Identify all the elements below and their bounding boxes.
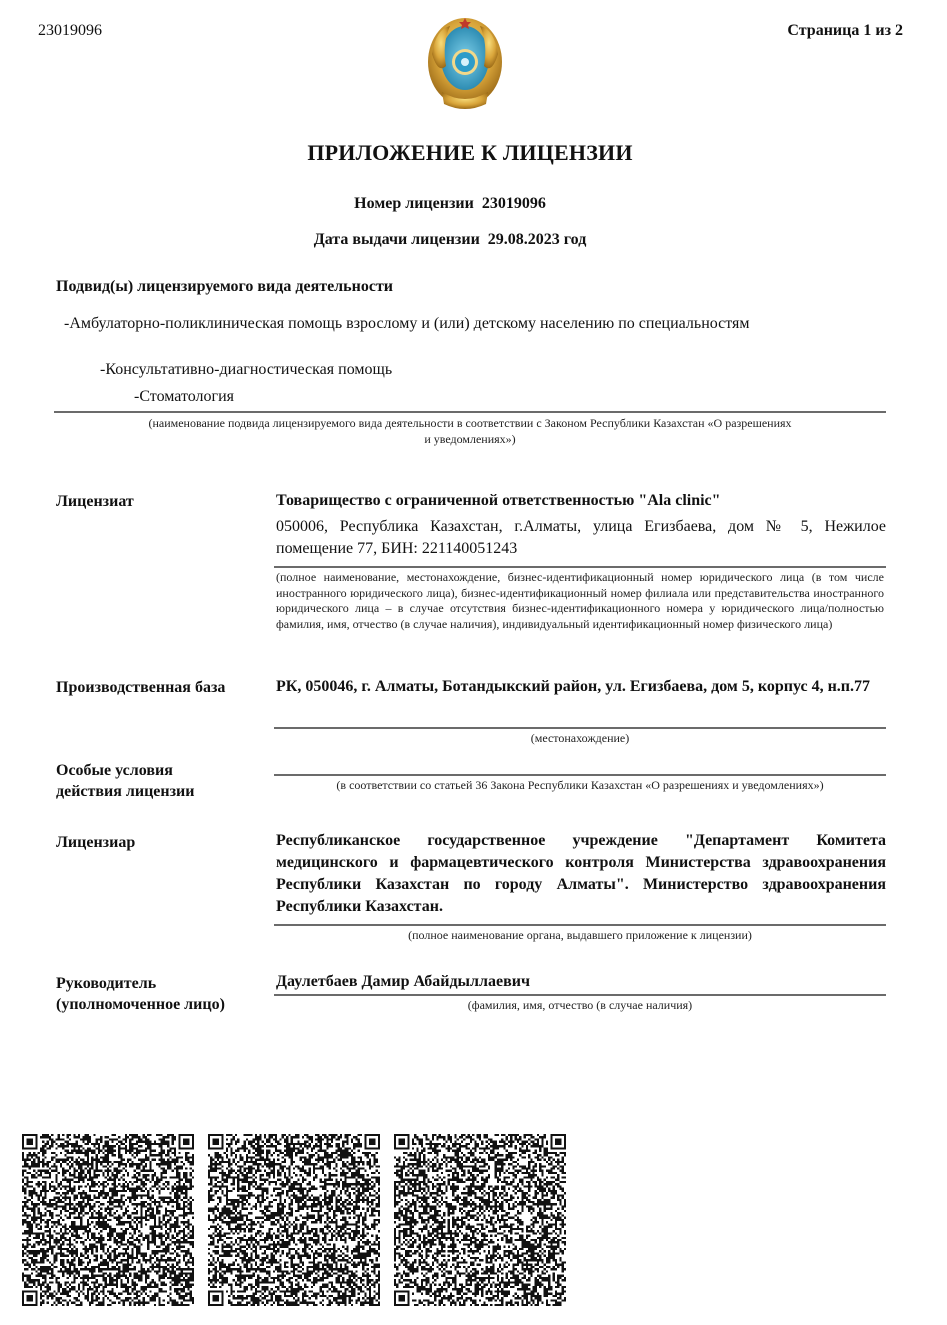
subtypes-heading: Подвид(ы) лицензируемого вида деятельнос…	[56, 278, 393, 296]
head-caption: (фамилия, имя, отчество (в случае наличи…	[274, 998, 886, 1013]
qr-code-1	[22, 1133, 194, 1307]
license-date-label: Дата выдачи лицензии	[314, 231, 480, 248]
caption-line: и уведомлениях»)	[54, 431, 886, 447]
license-date-line: Дата выдачи лицензии29.08.2023 год	[0, 231, 900, 249]
divider	[274, 774, 886, 776]
subtype-item: -Стоматология	[134, 388, 234, 406]
page-indicator: Страница 1 из 2	[787, 22, 903, 40]
label-line: Особые условия	[56, 760, 195, 781]
licensor-label: Лицензиар	[56, 832, 135, 853]
production-base-caption: (местонахождение)	[274, 731, 886, 746]
license-number-value: 23019096	[482, 195, 546, 212]
divider	[274, 727, 886, 729]
license-date-value: 29.08.2023 год	[488, 231, 587, 248]
licensee-label: Лицензиат	[56, 491, 134, 512]
divider	[54, 411, 886, 413]
divider	[274, 566, 886, 568]
qr-code-3	[394, 1133, 566, 1307]
licensee-caption: (полное наименование, местонахождение, б…	[276, 570, 884, 632]
caption-line: (наименование подвида лицензируемого вид…	[54, 415, 886, 431]
production-base-label: Производственная база	[56, 677, 225, 698]
license-number-line: Номер лицензии23019096	[0, 195, 900, 213]
special-conditions-label: Особые условия действия лицензии	[56, 760, 195, 802]
licensee-address: 050006, Республика Казахстан, г.Алматы, …	[276, 516, 886, 560]
head-value: Даулетбаев Дамир Абайдыллаевич	[276, 971, 886, 993]
divider	[274, 994, 886, 996]
licensee-name: Товарищество с ограниченной ответственно…	[276, 490, 886, 512]
licensor-value: Республиканское государственное учрежден…	[276, 830, 886, 918]
label-line: действия лицензии	[56, 781, 195, 802]
subtype-item: -Консультативно-диагностическая помощь	[100, 361, 392, 379]
document-title: ПРИЛОЖЕНИЕ К ЛИЦЕНЗИИ	[0, 140, 940, 166]
license-number-label: Номер лицензии	[354, 195, 474, 212]
production-base-value: РК, 050046, г. Алматы, Ботандыкский райо…	[276, 676, 886, 698]
subtypes-caption: (наименование подвида лицензируемого вид…	[54, 415, 886, 447]
special-conditions-caption: (в соответствии со статьей 36 Закона Рес…	[274, 778, 886, 793]
divider	[274, 924, 886, 926]
head-label: Руководитель (уполномоченное лицо)	[56, 973, 225, 1015]
subtype-item: -Амбулаторно-поликлиническая помощь взро…	[64, 315, 750, 333]
licensor-caption: (полное наименование органа, выдавшего п…	[274, 928, 886, 943]
label-line: Руководитель	[56, 973, 225, 994]
document-number: 23019096	[38, 22, 102, 40]
state-emblem-icon	[426, 14, 504, 112]
qr-code-2	[208, 1133, 380, 1307]
label-line: (уполномоченное лицо)	[56, 994, 225, 1015]
